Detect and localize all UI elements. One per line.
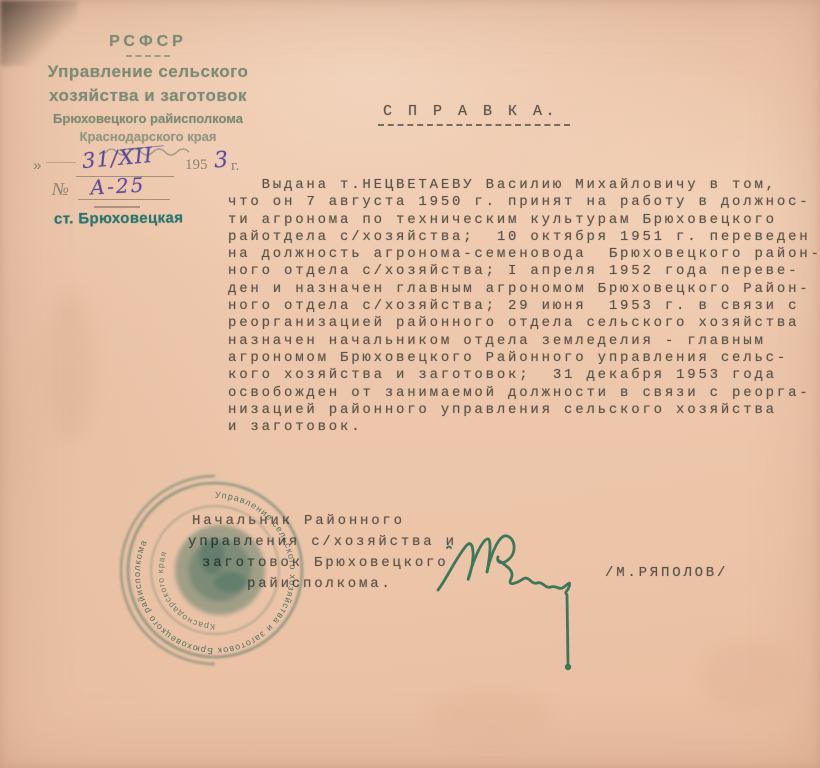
- number-rule-short: [94, 206, 140, 208]
- title-underline: [378, 124, 570, 126]
- body-line: агрономом Брюховецкого Районного управле…: [228, 350, 820, 367]
- body-line: и заготовок.: [228, 419, 820, 436]
- paper-smudge: [48, 290, 94, 440]
- dateline-lead-rule: [46, 162, 76, 163]
- letterhead-divider-dashes: [126, 55, 170, 57]
- body-line: кого хозяйства и заготовок; 31 декабря 1…: [228, 367, 820, 384]
- body-line: ден и назначен главным агрономом Брюхове…: [228, 281, 820, 298]
- body-line: на должность агронома-семеновода Брюхове…: [228, 246, 820, 263]
- document-paper: РСФСР Управление сельского хозяйства и з…: [0, 0, 820, 768]
- letterhead-org-line1: Управление сельского: [35, 62, 261, 82]
- letterhead-org-line4: Краснодарского края: [30, 129, 266, 144]
- body-line: ного отдела с/хозяйства; I апреля 1952 г…: [228, 263, 820, 280]
- body-line: райотдела с/хозяйства; 10 октября 1951 г…: [228, 229, 820, 246]
- body-line: ти агронома по техническим культурам Брю…: [228, 212, 820, 229]
- body-line: ного отдела с/хозяйства; 29 июня 1953 г.…: [228, 298, 820, 315]
- document-title: С П Р А В К А.: [383, 103, 558, 120]
- number-rule: [78, 199, 170, 200]
- letterhead-org-line2: хозяйства и заготовок: [35, 86, 261, 106]
- printed-year-prefix: 195: [185, 157, 208, 174]
- letterhead-republic: РСФСР: [60, 33, 236, 51]
- body-line: Выдана т.НЕЦВЕТАЕВУ Василию Михайловичу …: [228, 177, 820, 194]
- letterhead-org-line3: Брюховецкого райисполкома: [30, 111, 266, 126]
- handwritten-year-digit: 3: [213, 148, 229, 174]
- body-line: реорганизацией районного отдела сельског…: [228, 315, 820, 332]
- handwritten-number: А-25: [89, 173, 146, 200]
- station-stamp: ст. Брюховецкая: [54, 209, 184, 227]
- body-line: что он 7 августа 1950 г. принят на работ…: [228, 194, 820, 211]
- body-line: низацией районного управления сельского …: [228, 402, 820, 419]
- signatory-name: /М.РЯПОЛОВ/: [605, 565, 728, 581]
- body-line: назначен начальником отдела земледелия -…: [228, 333, 820, 350]
- printed-year-suffix: г.: [231, 158, 239, 175]
- dateline-open-quote: »: [33, 157, 41, 174]
- body-line: освобожден от занимаемой должности в свя…: [228, 385, 820, 402]
- body-text: Выдана т.НЕЦВЕТАЕВУ Василию Михайловичу …: [228, 177, 820, 436]
- number-sign: №: [52, 179, 69, 200]
- paper-smudge: [700, 640, 790, 710]
- signature-autograph: [430, 528, 600, 703]
- official-round-stamp: Управление сельского хозяйства и заготов…: [112, 470, 324, 682]
